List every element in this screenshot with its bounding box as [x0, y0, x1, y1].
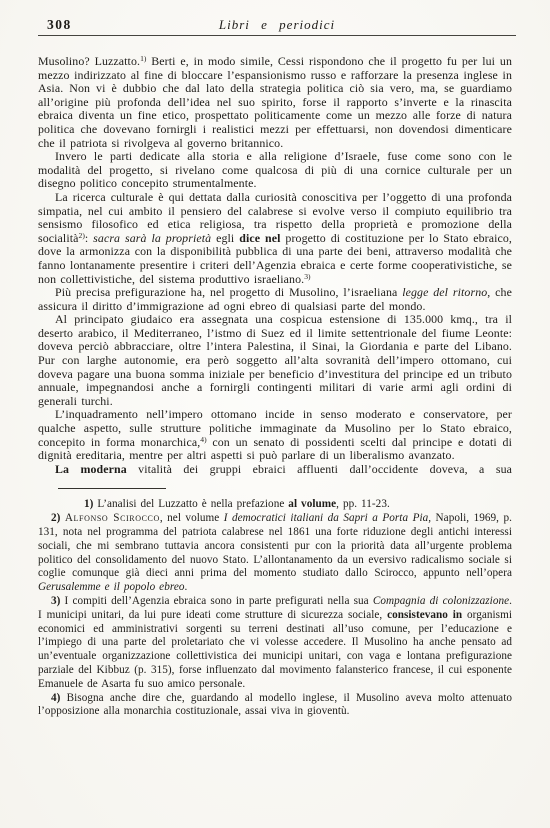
footnote: 4) Bisogna anche dire che, guardando al … — [38, 692, 512, 720]
paragraph: La moderna vitalità dei gruppi ebraici a… — [38, 463, 512, 477]
paragraph: L’inquadramento nell’impero ottomano inc… — [38, 408, 512, 462]
paragraph: La ricerca culturale è qui dettata dalla… — [38, 191, 512, 286]
page-header: 308 Libri e periodici — [38, 14, 516, 36]
footnote: 1) L’analisi del Luzzatto è nella prefaz… — [38, 498, 512, 512]
book-page: 308 Libri e periodici Musolino? Luzzatto… — [0, 0, 550, 828]
paragraph: Musolino? Luzzatto.1) Berti e, in modo s… — [38, 55, 512, 150]
footnote-separator — [58, 488, 166, 489]
footnotes: 1) L’analisi del Luzzatto è nella prefaz… — [38, 498, 512, 719]
footnote: 3) I compiti dell’Agenzia ebraica sono i… — [38, 595, 512, 692]
body-text: Musolino? Luzzatto.1) Berti e, in modo s… — [38, 55, 512, 476]
paragraph: Invero le parti dedicate alla storia e a… — [38, 150, 512, 191]
footnote: 2) Alfonso Scirocco, nel volume I democr… — [38, 512, 512, 595]
paragraph: Più precisa prefigurazione ha, nel proge… — [38, 286, 512, 313]
paragraph: Al principato giudaico era assegnata una… — [38, 313, 512, 408]
running-title: Libri e periodici — [38, 17, 516, 33]
